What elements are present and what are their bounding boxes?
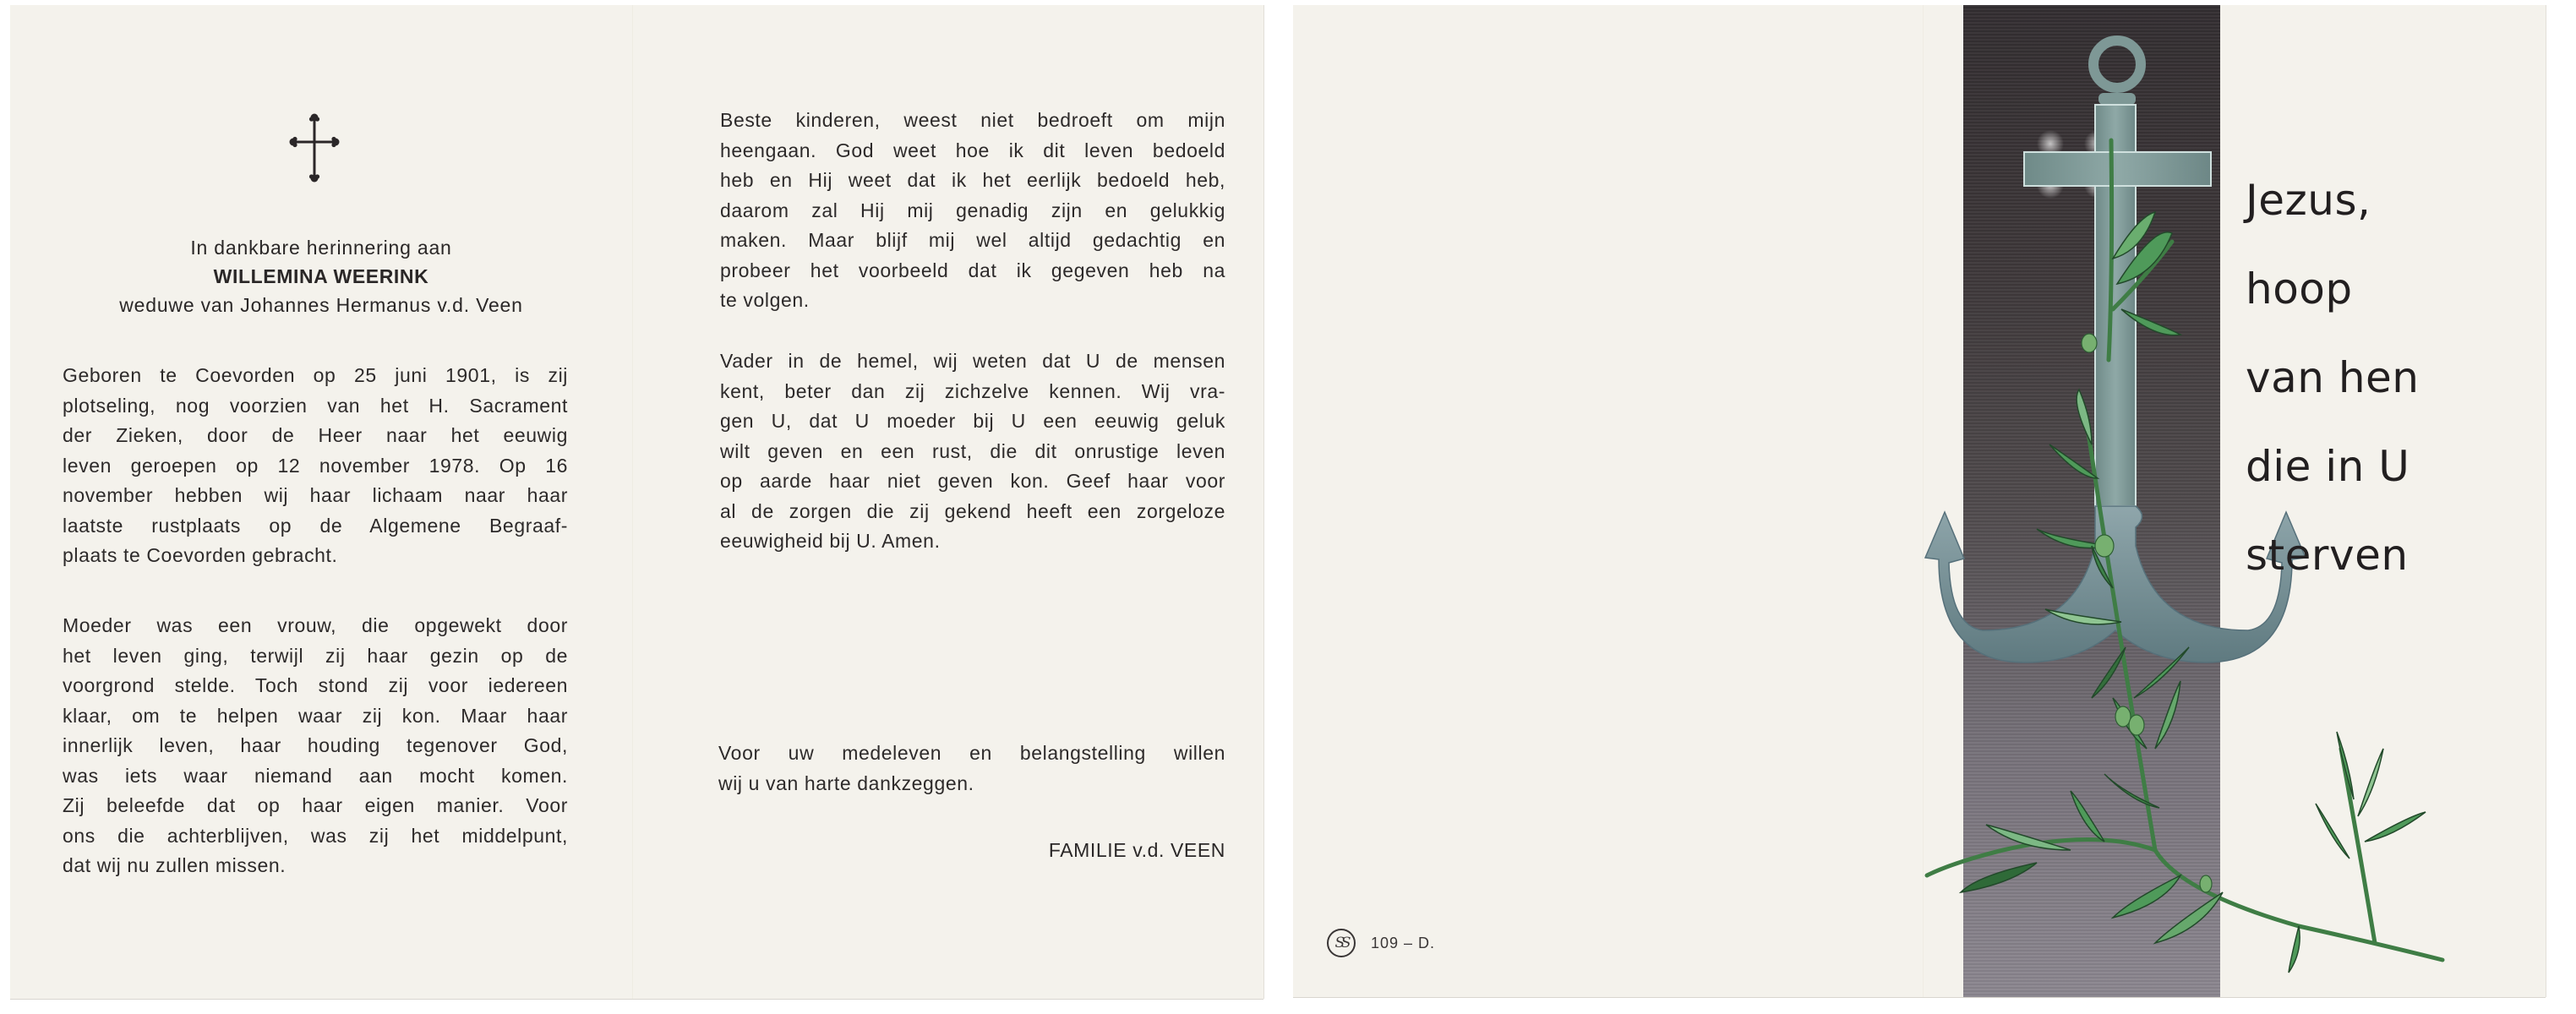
text-line: kent, beter dan zij zichzelve kennen. Wi… <box>720 377 1225 407</box>
text-line: plotseling, nog voorzien van het H. Sacr… <box>63 391 568 422</box>
anchor-cross-icon <box>1902 5 2546 997</box>
widow-line: weduwe van Johannes Hermanus v.d. Veen <box>10 291 632 319</box>
text-line: Beste kinderen, weest niet bedroeft om m… <box>720 106 1225 136</box>
thanks-paragraph: Voor uw medeleven en belangstelling will… <box>718 739 1225 799</box>
dedication-line: In dankbare herinnering aan <box>10 233 632 262</box>
text-line: laatste rustplaats op de Algemene Begraa… <box>63 511 568 542</box>
text-line: probeer het voorbeeld dat ik gegeven heb… <box>720 256 1225 286</box>
text-line: Vader in de hemel, wij weten dat U de me… <box>720 346 1225 377</box>
text-line: maken. Maar blijf mij wel altijd gedacht… <box>720 226 1225 256</box>
text-line: klaar, om te helpen waar zij kon. Maar h… <box>63 701 568 732</box>
text-line: gen U, dat U moeder bij U een eeuwig gel… <box>720 406 1225 437</box>
text-line: Geboren te Coevorden op 25 juni 1901, is… <box>63 361 568 391</box>
text-line: ons die achterblijven, was zij het midde… <box>63 821 568 852</box>
cross-icon <box>289 112 340 184</box>
text-line: plaats te Coevorden gebracht. <box>63 541 568 571</box>
deceased-name: WILLEMINA WEERINK <box>10 262 632 291</box>
text-line: Moeder was een vrouw, die opgewekt door <box>63 611 568 641</box>
text-line: wij u van harte dankzeggen. <box>718 769 1225 799</box>
prayer-paragraph: Vader in de hemel, wij weten dat U de me… <box>720 346 1225 557</box>
text-line: wilt geven en een rust, die dit onrustig… <box>720 437 1225 467</box>
verse-line: Jezus, <box>2246 171 2419 259</box>
text-line: te volgen. <box>720 286 1225 316</box>
verse-line: sterven <box>2246 526 2419 614</box>
text-line: der Zieken, door de Heer naar het eeuwig <box>63 421 568 451</box>
catalog-number: 109 – D. <box>1371 935 1435 952</box>
text-line: Zij beleefde dat op haar eigen manier. V… <box>63 791 568 821</box>
birth-paragraph: Geboren te Coevorden op 25 juni 1901, is… <box>63 361 568 571</box>
text-line: november hebben wij haar lichaam naar ha… <box>63 481 568 511</box>
text-line: leven geroepen op 12 november 1978. Op 1… <box>63 451 568 482</box>
text-line: heengaan. God weet hoe ik dit leven bedo… <box>720 136 1225 166</box>
text-line: innerlijk leven, haar houding tegenover … <box>63 731 568 761</box>
text-line: was iets waar niemand aan mocht komen. <box>63 761 568 792</box>
text-line: op aarde haar niet geven kon. Geef haar … <box>720 466 1225 497</box>
text-line: heb en Hij weet dat ik het eerlijk bedoe… <box>720 166 1225 196</box>
text-line: voorgrond stelde. Toch stond zij voor ie… <box>63 671 568 701</box>
text-line: Voor uw medeleven en belangstelling will… <box>718 739 1225 769</box>
verse-line: van hen <box>2246 348 2419 437</box>
memorial-card-outside: Jezus, hoop van hen die in U sterven SS … <box>1293 5 2546 997</box>
family-signature: FAMILIE v.d. VEEN <box>718 839 1225 862</box>
verse-line: die in U <box>2246 437 2419 526</box>
text-line: dat wij nu zullen missen. <box>63 851 568 881</box>
text-line: het leven ging, terwijl zij haar gezin o… <box>63 641 568 672</box>
text-line: eeuwigheid bij U. Amen. <box>720 526 1225 557</box>
text-line: daarom zal Hij mij genadig zijn en geluk… <box>720 196 1225 226</box>
publisher-mark: SS 109 – D. <box>1327 929 1435 957</box>
dedication-block: In dankbare herinnering aan WILLEMINA WE… <box>10 233 632 319</box>
verse-text: Jezus, hoop van hen die in U sterven <box>2246 171 2419 614</box>
card-fold <box>632 5 634 999</box>
publisher-logo-icon: SS <box>1327 929 1356 957</box>
verse-line: hoop <box>2246 259 2419 348</box>
text-line: al de zorgen die zij gekend heeft een zo… <box>720 497 1225 527</box>
mother-paragraph: Moeder was een vrouw, die opgewekt doorh… <box>63 611 568 881</box>
children-paragraph: Beste kinderen, weest niet bedroeft om m… <box>720 106 1225 316</box>
memorial-card-inside: In dankbare herinnering aan WILLEMINA WE… <box>10 5 1263 999</box>
